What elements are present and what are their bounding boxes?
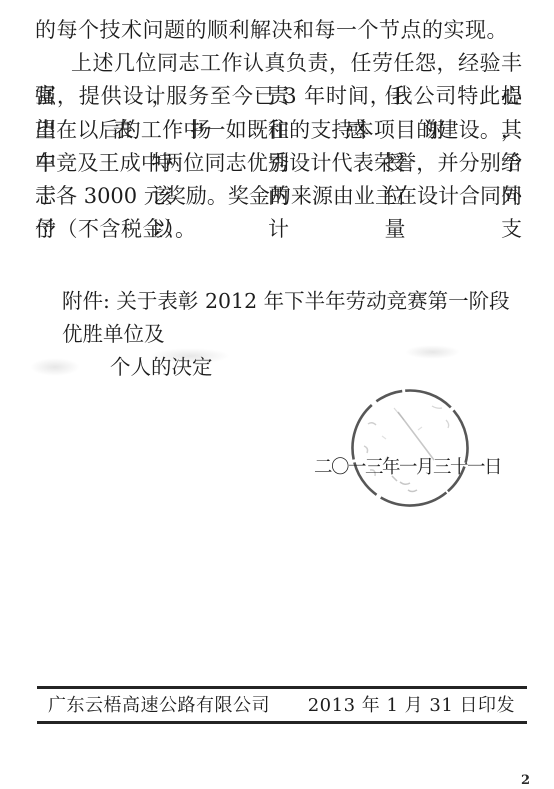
body-paragraphs: 的每个技术问题的顺利解决和每一个节点的实现。 上述几位同志工作认真负责，任劳任怨… <box>35 14 522 246</box>
footer-print-date: 2013 年 1 月 31 日印发 <box>308 693 527 719</box>
body-line: 车竞及王成中两位同志优秀设计代表荣誉，并分别给于该两位同 <box>35 147 522 180</box>
scanned-document-page: 的每个技术问题的顺利解决和每一个节点的实现。 上述几位同志工作认真负责，任劳任怨… <box>0 0 554 789</box>
footer-top-rule <box>37 686 527 689</box>
page-number: 2 <box>521 773 530 788</box>
attachment-note: 附件: 关于表彰 2012 年下半年劳动竞赛第一阶段优胜单位及 个人的决定 <box>62 285 527 384</box>
company-seal-stamp-icon <box>348 386 473 511</box>
body-line: 强，提供设计服务至今已 3 年时间，我公司特此提出表扬和感谢， <box>35 80 522 113</box>
footer-issuer: 广东云梧高速公路有限公司 <box>37 693 270 719</box>
body-line: 望在以后的工作中一如既往的支持本项目的建设。其中特别授予 <box>35 114 522 147</box>
body-line: 的每个技术问题的顺利解决和每一个节点的实现。 <box>35 14 522 47</box>
signature-date: 二〇一三年一月三十一日 <box>314 453 501 479</box>
footer-row: 广东云梧高速公路有限公司 2013 年 1 月 31 日印发 <box>37 693 527 719</box>
seal-circle-icon <box>348 386 473 511</box>
attachment-line: 个人的决定 <box>110 351 527 384</box>
attachment-line: 附件: 关于表彰 2012 年下半年劳动竞赛第一阶段优胜单位及 <box>62 285 527 351</box>
body-line: 志各 3000 元奖励。奖金的来源由业主在设计合同外予以计量支 <box>35 180 522 213</box>
footer-bottom-rule <box>37 721 527 724</box>
body-line: 上述几位同志工作认真负责，任劳任怨，经验丰富，责任心 <box>35 47 522 80</box>
